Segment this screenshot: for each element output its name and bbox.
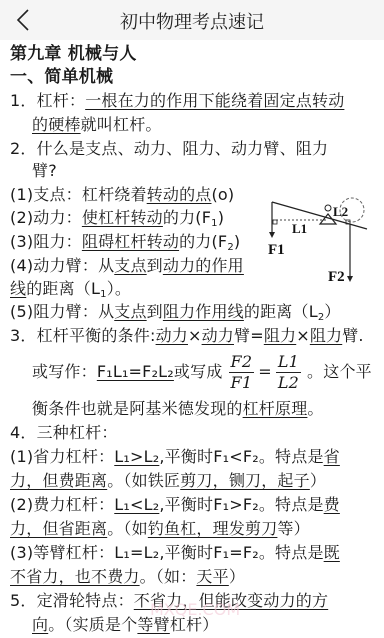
lever-type-2: (2)费力杠杆：L₁<L₂,平衡时F₁>F₂。特点是费 — [10, 494, 340, 516]
item3-line1: 3．杠杆平衡的条件:动力×动力臂=阻力×阻力臂. — [10, 325, 364, 347]
fraction-l1-l2: L1L2 — [276, 352, 301, 393]
app-header: 初中物理考点速记 — [0, 0, 384, 40]
item1-line2: 的硬棒就叫杠杆。 — [32, 114, 162, 136]
chapter-title: 第九章 机械与人 — [10, 43, 137, 65]
item1-line1: 1．杠杆：一根在力的作用下能绕着固定点转动 — [10, 90, 344, 112]
item2-line2: 臂? — [32, 160, 57, 182]
item2-line1: 2．什么是支点、动力、阻力、动力臂、阻力 — [10, 138, 328, 160]
svg-text:F2: F2 — [328, 269, 345, 285]
lever-type-3-line2: 不省力，也不费力。（如：天平） — [10, 566, 245, 588]
item4-title: 4．三种杠杆： — [10, 422, 118, 444]
page-title: 初中物理考点速记 — [0, 8, 384, 34]
lever-type-1-line2: 力，但费距离。（如铁匠剪刀，铡刀，起子） — [10, 470, 326, 492]
lever-type-2-line2: 力，但省距离。（如钓鱼杠，理发剪刀等） — [10, 518, 310, 540]
def-effort-arm: (4)动力臂：从支点到动力的作用 — [10, 255, 244, 277]
item3-line3: 衡条件也就是阿基米德发现的杠杆原理。 — [32, 398, 324, 420]
lever-type-3: (3)等臂杠杆：L₁=L₂,平衡时F₁=F₂。特点是既 — [10, 542, 340, 564]
lever-type-1: (1)省力杠杆：L₁>L₂,平衡时F₁<F₂。特点是省 — [10, 446, 340, 468]
watermark: MXQE.COM — [150, 600, 240, 619]
fraction-f2-f1: F2F1 — [229, 352, 255, 393]
svg-text:L1: L1 — [292, 221, 307, 236]
def-fulcrum: (1)支点：杠杆绕着转动的点(o) — [10, 184, 234, 206]
lever-diagram: F1 L1 L2 F2 — [262, 196, 382, 286]
svg-text:F1: F1 — [268, 242, 285, 258]
section-title: 一、简单机械 — [10, 66, 113, 88]
item3-line2: 或写作： F₁L₁=F₂L₂ 或写成 F2F1 = L1L2 。这个平 — [32, 350, 372, 394]
